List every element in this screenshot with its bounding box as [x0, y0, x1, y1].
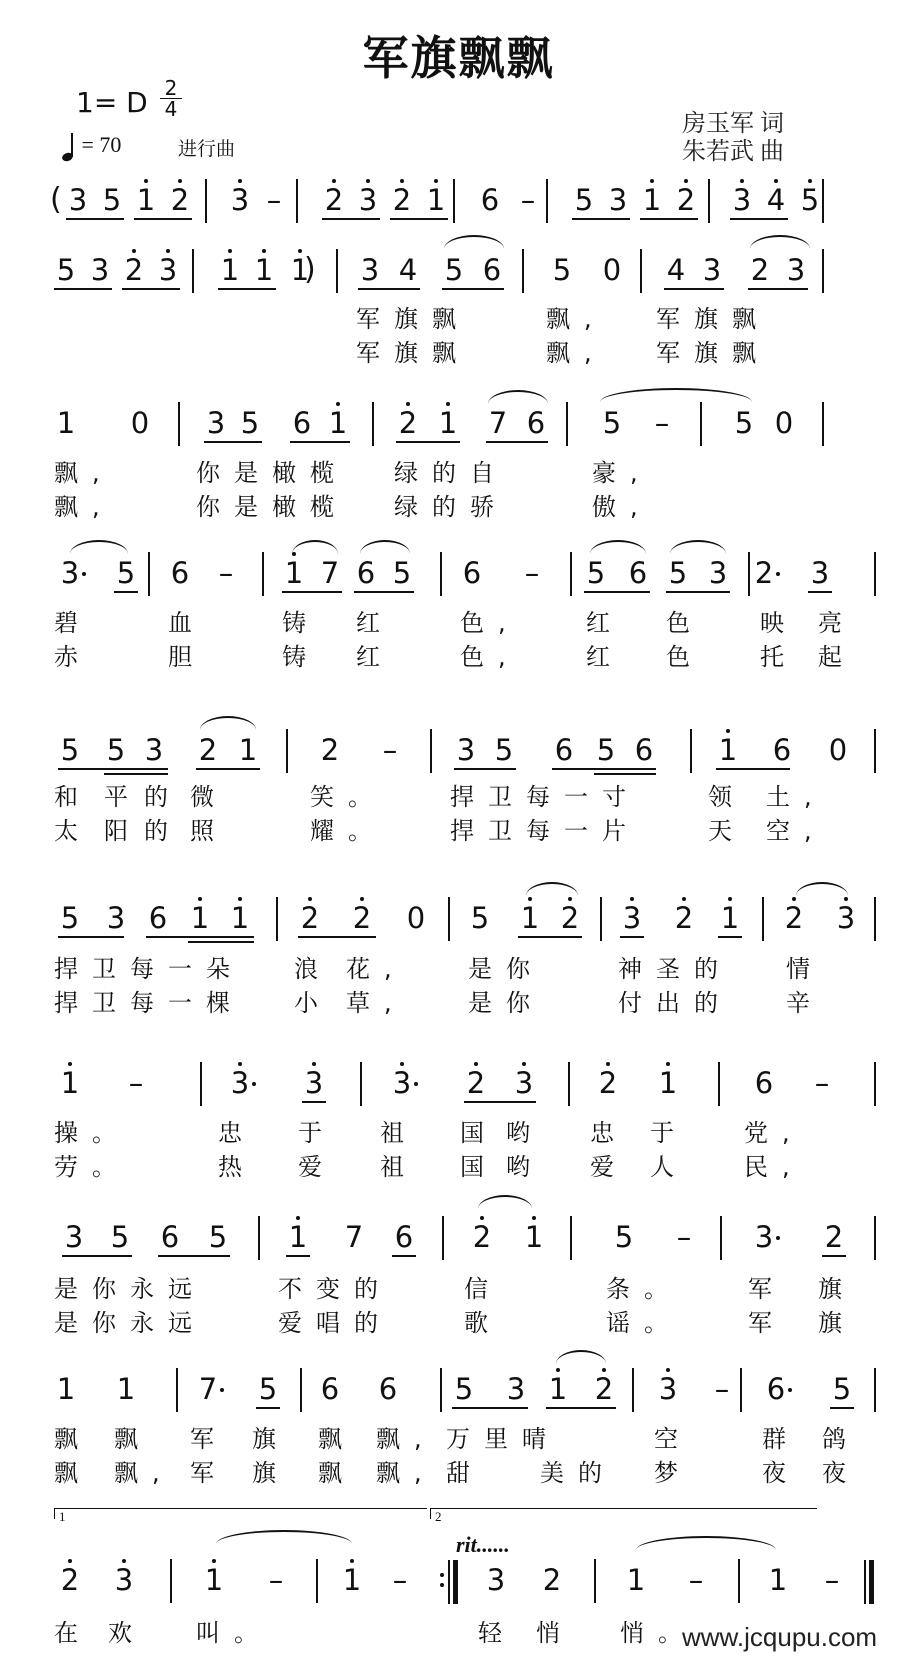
octave-dot-high: [528, 897, 532, 901]
note: 7: [342, 1222, 366, 1252]
beam-underline: [392, 1255, 416, 1257]
note-digit: 4: [767, 183, 785, 217]
lyric-text: 空,: [766, 818, 826, 844]
note: 1: [228, 903, 252, 933]
lyric-text: 热: [218, 1154, 256, 1180]
note: 1: [54, 1374, 78, 1404]
lyric-text: 色,: [460, 610, 520, 636]
note: 1: [54, 408, 78, 438]
barline: [566, 402, 568, 446]
note-digit: 6: [755, 1066, 773, 1100]
note-digit: –: [677, 1220, 692, 1254]
repeat-dots: [440, 1567, 444, 1593]
lyric-text: 浪: [294, 956, 332, 982]
note: 3: [62, 1222, 86, 1252]
augmentation-dot: [220, 1388, 224, 1392]
note-digit: 5: [259, 1372, 277, 1406]
octave-dot-high: [350, 1559, 354, 1563]
slur-arc: [590, 540, 646, 554]
note-digit: 1: [57, 1372, 75, 1406]
second-ending-bracket: 2: [430, 1508, 817, 1519]
note-digit: 5: [209, 1220, 227, 1254]
note: 1: [424, 185, 448, 215]
barline: [874, 1062, 876, 1106]
barline: [874, 1368, 876, 1412]
note-digit: 1: [255, 253, 273, 287]
dash-sustain: –: [520, 558, 544, 588]
note-digit: –: [521, 183, 536, 217]
note-digit: –: [715, 1372, 730, 1406]
note-digit: 6: [321, 1372, 339, 1406]
note: 4: [396, 255, 420, 285]
lyric-text: 飘: [54, 1460, 92, 1486]
lyric-text: 甜: [446, 1460, 484, 1486]
note-digit: 5: [801, 183, 819, 217]
slur-arc: [488, 390, 548, 404]
note: 1: [218, 255, 242, 285]
note: 3: [834, 903, 858, 933]
note: 2: [470, 1222, 494, 1252]
note: 7: [486, 408, 510, 438]
tempo-value: = 70: [82, 132, 122, 157]
beam-underline: [442, 288, 504, 290]
note-digit: 6: [767, 1372, 785, 1406]
lyric-text: 于: [650, 1120, 688, 1146]
note-digit: 5: [553, 253, 571, 287]
dash-sustain: –: [124, 1068, 148, 1098]
note-digit: 1: [525, 1220, 543, 1254]
note-digit: 5: [61, 901, 79, 935]
octave-dot-high: [532, 1216, 536, 1220]
note-digit: –: [219, 556, 234, 590]
beam-underline: [322, 218, 380, 220]
note: 5: [206, 1222, 230, 1252]
note-digit: 5: [103, 183, 121, 217]
lyric-text: 国: [460, 1154, 498, 1180]
lyric-text: 飘: [318, 1460, 356, 1486]
lyric-text: 人: [650, 1154, 688, 1180]
ritardando-marking: rit......: [456, 1532, 510, 1558]
note: 2: [672, 903, 696, 933]
beam-underline: [452, 1407, 528, 1409]
beam-underline: [158, 1255, 230, 1257]
lyric-text: 小: [294, 990, 332, 1016]
lyric-text: 飘,: [546, 340, 606, 366]
note-digit: 0: [603, 253, 621, 287]
octave-dot-high: [166, 249, 170, 253]
note: 3: [784, 255, 808, 285]
note: 2: [322, 185, 346, 215]
octave-dot-high: [400, 179, 404, 183]
note-digit: 7: [321, 556, 339, 590]
note-digit: 1: [289, 1220, 307, 1254]
note-digit: 1: [117, 1372, 135, 1406]
note-digit: 1: [439, 406, 457, 440]
dash-sustain: –: [214, 558, 238, 588]
lyric-text: 党,: [744, 1120, 804, 1146]
note: 1: [624, 1565, 648, 1595]
lyric-text: 红: [586, 644, 624, 670]
note-digit: 2: [301, 901, 319, 935]
note: 0: [826, 735, 850, 765]
note: 2: [558, 903, 582, 933]
octave-dot-high: [312, 1062, 316, 1066]
note: 1: [766, 1565, 790, 1595]
octave-dot-high: [728, 897, 732, 901]
augmentation-dot: [776, 572, 780, 576]
barline: [258, 1216, 260, 1260]
note: 1: [716, 735, 740, 765]
note: 6: [460, 558, 484, 588]
note: 7: [196, 1374, 220, 1404]
beam-underline: [54, 288, 112, 290]
augmentation-dot: [776, 1236, 780, 1240]
note-digit: 6: [635, 733, 653, 767]
note: 5: [572, 185, 596, 215]
barline: [740, 1368, 742, 1412]
note-digit: 6: [555, 733, 573, 767]
note: 3: [700, 255, 724, 285]
lyric-text: 鸽: [822, 1426, 860, 1452]
barline: [570, 552, 572, 596]
note-digit: 7: [345, 1220, 363, 1254]
lyric-text: 是你永远: [54, 1276, 206, 1302]
beam-underline: [718, 936, 742, 938]
note-digit: 1: [205, 1563, 223, 1597]
slur-arc: [556, 1350, 606, 1364]
beam-underline: [298, 936, 376, 938]
note: 1: [188, 903, 212, 933]
beam-underline: [354, 591, 414, 593]
slur-arc: [636, 1536, 776, 1550]
note-digit: 3: [811, 556, 829, 590]
barline: [570, 1216, 572, 1260]
barline: [170, 1559, 172, 1603]
octave-dot-high: [360, 897, 364, 901]
note-digit: 1: [721, 901, 739, 935]
barline: [522, 249, 524, 293]
note: 2: [58, 1565, 82, 1595]
note-digit: 3: [231, 183, 249, 217]
note: 2: [752, 558, 776, 588]
barline: [874, 897, 876, 941]
octave-dot-high: [650, 179, 654, 183]
barline: [192, 249, 194, 293]
note: 5: [58, 735, 82, 765]
note: 2: [782, 903, 806, 933]
barline: [316, 1559, 318, 1603]
lyric-text: 血: [168, 610, 206, 636]
note: 3: [752, 1222, 776, 1252]
barline: [430, 729, 432, 773]
note: 2: [196, 735, 220, 765]
note: 3: [228, 1068, 252, 1098]
dash-sustain: –: [264, 1565, 288, 1595]
note-digit: 6: [161, 1220, 179, 1254]
octave-dot-high: [682, 897, 686, 901]
lyric-text: 飘: [318, 1426, 356, 1452]
note-digit: –: [383, 733, 398, 767]
note-digit: 6: [149, 901, 167, 935]
note-digit: 3: [393, 1066, 411, 1100]
beam-underline: [518, 936, 582, 938]
note: 6: [146, 903, 170, 933]
beam-underline: [830, 1407, 854, 1409]
note-digit: 2: [543, 1563, 561, 1597]
octave-dot-high: [480, 1216, 484, 1220]
lyric-text: 旗: [252, 1426, 290, 1452]
lyric-text: 军: [190, 1460, 228, 1486]
lyric-text: 军: [748, 1310, 786, 1336]
lyric-text: 草,: [346, 990, 406, 1016]
note: 2: [390, 185, 414, 215]
note: 6: [752, 1068, 776, 1098]
barline: [822, 179, 824, 223]
octave-dot-high: [844, 897, 848, 901]
slur-arc: [200, 716, 256, 730]
lyric-text: 条。: [606, 1276, 682, 1302]
note-digit: 3: [305, 1066, 323, 1100]
lyric-text: 铸: [282, 610, 320, 636]
beam-underline: [282, 591, 342, 593]
lyric-text: 映: [760, 610, 798, 636]
note: 2: [592, 1374, 616, 1404]
note-digit: 3: [65, 1220, 83, 1254]
note-digit: 5: [495, 733, 513, 767]
note-digit: 5: [107, 733, 125, 767]
note: 5: [830, 1374, 854, 1404]
note-digit: –: [655, 406, 670, 440]
note: 3: [606, 185, 630, 215]
slur-arc: [478, 1195, 532, 1209]
barline: [296, 179, 298, 223]
augmentation-dot: [414, 1082, 418, 1086]
dash-sustain: –: [810, 1068, 834, 1098]
barline: [448, 897, 450, 941]
note-digit: 6: [395, 1220, 413, 1254]
note-digit: 2: [353, 901, 371, 935]
lyric-text: 天: [708, 818, 746, 844]
note: 6: [392, 1222, 416, 1252]
note: 5: [442, 255, 466, 285]
note-digit: 0: [407, 901, 425, 935]
note: 5: [666, 558, 690, 588]
note-digit: 2: [321, 733, 339, 767]
note-digit: 2: [393, 183, 411, 217]
note-digit: 1: [57, 406, 75, 440]
note: 5: [100, 185, 124, 215]
beam-underline: [620, 936, 644, 938]
note-digit: 3: [91, 253, 109, 287]
note: 2: [596, 1068, 620, 1098]
lyric-text: 亮: [818, 610, 856, 636]
note: 2: [674, 185, 698, 215]
lyric-text: 劳。: [54, 1154, 130, 1180]
note-digit: 1: [769, 1563, 787, 1597]
composer-credit: 朱若武 曲: [682, 138, 784, 166]
note-digit: 0: [131, 406, 149, 440]
note-digit: 2: [755, 556, 773, 590]
first-ending-number: 1: [59, 1509, 66, 1525]
slur-arc: [670, 540, 726, 554]
lyric-text: 是你永远: [54, 1310, 206, 1336]
barline: [178, 402, 180, 446]
note: 6: [478, 185, 502, 215]
note-digit: 2: [751, 253, 769, 287]
octave-dot-high: [198, 897, 202, 901]
note-digit: 2: [399, 406, 417, 440]
note: 0: [128, 408, 152, 438]
lyric-text: 铸: [282, 644, 320, 670]
beam-underline: [256, 1407, 280, 1409]
barline: [300, 1368, 302, 1412]
slur-arc: [600, 388, 752, 402]
note: 5: [390, 558, 414, 588]
note: 2: [396, 408, 420, 438]
note: 1: [326, 408, 350, 438]
octave-dot-high: [522, 1062, 526, 1066]
lyric-text: 爱: [590, 1154, 628, 1180]
lyric-text: 歌: [464, 1310, 502, 1336]
barline: [640, 249, 642, 293]
note-digit: 1: [191, 901, 209, 935]
note-digit: –: [269, 1563, 284, 1597]
first-ending-bracket: 1: [54, 1508, 427, 1519]
note: 3: [228, 185, 252, 215]
lyric-text: 旗: [252, 1460, 290, 1486]
barline: [720, 1216, 722, 1260]
note-digit: 2: [561, 901, 579, 935]
note: 3: [484, 1565, 508, 1595]
note-digit: 5: [615, 1220, 633, 1254]
lyric-text: 的: [144, 784, 182, 810]
lyric-text: 军: [748, 1276, 786, 1302]
note-digit: 3: [507, 1372, 525, 1406]
barline: [874, 729, 876, 773]
lyric-text: 红: [356, 644, 394, 670]
barline: [762, 897, 764, 941]
lyric-text: 碧: [54, 610, 92, 636]
note: 1: [236, 735, 260, 765]
note: 3: [730, 185, 754, 215]
lyric-text: 飘,: [546, 306, 606, 332]
lyric-text: 操。: [54, 1120, 130, 1146]
lyric-text: 飘,: [376, 1426, 436, 1452]
note-digit: 6: [357, 556, 375, 590]
note: 2: [748, 255, 772, 285]
note: 6: [354, 558, 378, 588]
lyric-text: 军旗飘: [356, 340, 470, 366]
lyric-text: 爱唱的: [278, 1310, 392, 1336]
note-digit: 2: [171, 183, 189, 217]
dash-sustain: –: [650, 408, 674, 438]
lyric-text: 于: [298, 1120, 336, 1146]
lyric-text: 你是橄榄: [196, 460, 348, 486]
note: 6: [158, 1222, 182, 1252]
lyric-text: 民,: [744, 1154, 804, 1180]
lyric-text: 欢: [108, 1620, 146, 1646]
note: 1: [522, 1222, 546, 1252]
lyric-text: 夜: [762, 1460, 800, 1486]
beam-underline: [114, 591, 138, 593]
slur-arc: [292, 540, 338, 554]
lyric-text: 是你: [468, 956, 544, 982]
note-digit: 1: [285, 556, 303, 590]
note-digit: 2: [125, 253, 143, 287]
octave-dot-high: [308, 897, 312, 901]
lyric-text: 色: [666, 644, 704, 670]
note-digit: 5: [669, 556, 687, 590]
lyric-text: 红: [586, 610, 624, 636]
lyric-text: 笑。: [310, 784, 386, 810]
lyric-text: 谣。: [606, 1310, 682, 1336]
note-digit: 6: [293, 406, 311, 440]
dash-sustain: –: [516, 185, 540, 215]
lyric-text: 飘: [54, 1426, 92, 1452]
note-digit: 3: [659, 1372, 677, 1406]
beam-underline: [716, 768, 790, 770]
note-digit: 1: [659, 1066, 677, 1100]
beam-underline: [584, 591, 650, 593]
beam-underline: [822, 1255, 846, 1257]
note: 5: [256, 1374, 280, 1404]
dash-sustain: –: [684, 1565, 708, 1595]
note-digit: 6: [481, 183, 499, 217]
lyric-text: 信: [464, 1276, 502, 1302]
note-digit: 4: [399, 253, 417, 287]
octave-dot-high: [666, 1368, 670, 1372]
beam-underline: [464, 1101, 536, 1103]
note-digit: –: [689, 1563, 704, 1597]
beam-underline: [134, 218, 192, 220]
note: 6: [764, 1374, 788, 1404]
note-digit: 1: [61, 1066, 79, 1100]
note: 5: [550, 255, 574, 285]
barline: [594, 1559, 596, 1603]
note: 1: [640, 185, 664, 215]
note-digit: 1: [627, 1563, 645, 1597]
note: 1: [546, 1374, 570, 1404]
note-digit: 5: [471, 901, 489, 935]
note: 6: [552, 735, 576, 765]
beam-underline: [396, 441, 460, 443]
note-digit: 4: [667, 253, 685, 287]
note: 3: [512, 1068, 536, 1098]
beam-underline-double: [188, 941, 254, 943]
note: 3: [808, 558, 832, 588]
note: 5: [468, 903, 492, 933]
note-digit: 5: [833, 1372, 851, 1406]
note-digit: 3: [115, 1563, 133, 1597]
octave-dot-high: [122, 1559, 126, 1563]
dash-sustain: –: [672, 1222, 696, 1252]
beam-underline: [358, 288, 420, 290]
note: 6: [626, 558, 650, 588]
note: 5: [452, 1374, 476, 1404]
note-digit: 2: [199, 733, 217, 767]
lyric-text: 万里晴: [446, 1426, 560, 1452]
lyric-text: 捍卫每一朵: [54, 956, 244, 982]
slur-arc: [216, 1530, 352, 1544]
slur-arc: [750, 235, 810, 249]
note: 2: [350, 903, 374, 933]
dash-sustain: –: [388, 1565, 412, 1595]
beam-underline: [808, 591, 832, 593]
octave-dot-high: [474, 1062, 478, 1066]
note: 5: [732, 408, 756, 438]
lyric-text: 叫。: [196, 1620, 272, 1646]
note-digit: 5: [117, 556, 135, 590]
